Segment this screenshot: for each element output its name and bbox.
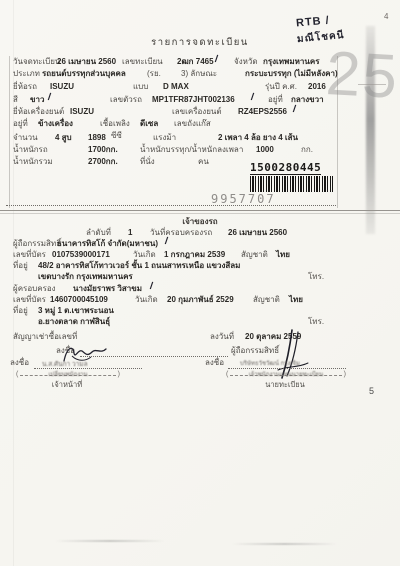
section-divider-2 bbox=[0, 213, 400, 214]
officer-caption: เจ้าหน้าที่ bbox=[22, 381, 112, 389]
load-label: น้ำหนักบรรทุก/น้ำหนักลงเพลา bbox=[140, 146, 243, 155]
officer-name-stamp: น.ส.ศันกา วามล bbox=[42, 361, 88, 368]
owner-id-value: 0107539000171 bbox=[52, 251, 110, 260]
bottom-page-number: 5 bbox=[369, 387, 374, 397]
engine-brand-value: ISUZU bbox=[70, 108, 94, 117]
bottom-smudge bbox=[55, 540, 165, 542]
registrar-name-stamp: บริษัทธวัชวัฒน์ กรุงเจิม bbox=[240, 361, 300, 368]
type-code: (รย. bbox=[147, 70, 161, 79]
registrar-note: เจ้าพนักงานแทนนายทะเบียน bbox=[226, 369, 346, 379]
officer-sign-label: ลงชื่อ bbox=[10, 359, 29, 368]
table-border-left bbox=[9, 56, 10, 208]
possessor-addr-line1: 3 หมู่ 1 ต.เขาพระนอน bbox=[38, 307, 114, 316]
cylinder-value: 4 สูบ bbox=[55, 134, 72, 143]
body-style-value: กระบะบรรทุก (ไม่มีหลังคา) bbox=[245, 70, 338, 79]
cc-unit: ซีซี bbox=[111, 132, 122, 141]
load-value: 1000 bbox=[256, 146, 274, 155]
reg-no-label: เลขทะเบียน bbox=[122, 58, 163, 67]
province-label: จังหวัด bbox=[234, 58, 258, 67]
owner-addr-label: ที่อยู่ bbox=[13, 262, 28, 271]
sequence-label: ลำดับที่ bbox=[86, 229, 111, 238]
owner-nat-value: ไทย bbox=[276, 251, 290, 260]
province-value: กรุงเทพมหานคร bbox=[263, 58, 319, 67]
year-label: รุ่นปี ค.ศ. bbox=[265, 83, 297, 92]
seat-unit: คน bbox=[198, 158, 209, 167]
brand-label: ยี่ห้อรถ bbox=[13, 83, 37, 92]
contract-date-label: ลงวันที่ bbox=[210, 333, 234, 342]
weight-value: 1700กก. bbox=[88, 146, 118, 155]
section-divider bbox=[0, 210, 400, 211]
fuel-value: ดีเซล bbox=[140, 120, 158, 129]
bottom-smudge bbox=[232, 543, 337, 545]
barcode bbox=[250, 176, 333, 192]
owner-section-header: เจ้าของรถ bbox=[0, 218, 400, 227]
page-title: รายการจดทะเบียน bbox=[0, 38, 400, 48]
possessor-tel-label: โทร. bbox=[308, 318, 324, 327]
check-slash: / bbox=[214, 54, 218, 65]
body-style-label: 3) ลักษณะ bbox=[181, 70, 217, 79]
model-value: D MAX bbox=[163, 83, 189, 92]
check-slash: / bbox=[250, 92, 254, 103]
possessor-dob-value: 20 กุมภาพันธ์ 2529 bbox=[167, 296, 234, 305]
owner-dob-value: 1 กรกฎาคม 2539 bbox=[164, 251, 225, 260]
registration-document: RTB / มณีโชคนี 4 25 รายการจดทะเบียน วันจ… bbox=[0, 0, 400, 566]
color-label: สี bbox=[13, 96, 18, 105]
check-slash: / bbox=[149, 281, 153, 292]
owner-label: ผู้ถือกรรมสิทธิ์ bbox=[13, 240, 61, 249]
seat-label: ที่นั่ง bbox=[140, 158, 155, 167]
dotted-rule bbox=[6, 204, 336, 206]
engine-brand-label: ยี่ห้อเครื่องยนต์ bbox=[13, 108, 64, 117]
officer-note-bracket: ( เปลี่ยนพนักงาน ) bbox=[16, 371, 120, 378]
total-weight-label: น้ำหนักรวม bbox=[13, 158, 53, 167]
reg-no-value: 2ฒก 7465 bbox=[177, 58, 214, 67]
chassis-pos-label: อยู่ที่ bbox=[268, 96, 283, 105]
possessor-label: ผู้ครอบครอง bbox=[13, 285, 56, 294]
possessor-addr-line2: อ.ยางตลาด กาฬสินธุ์ bbox=[38, 318, 110, 327]
check-slash: / bbox=[292, 104, 296, 115]
reg-date-value: 26 เมษายน 2560 bbox=[57, 58, 116, 67]
handwritten-rtb: RTB / bbox=[296, 15, 331, 30]
possessor-nat-value: ไทย bbox=[289, 296, 303, 305]
horsepower-label: แรงม้า bbox=[153, 134, 176, 143]
brand-value: ISUZU bbox=[50, 83, 74, 92]
check-slash: / bbox=[164, 236, 168, 247]
engine-pos-label: อยู่ที่ bbox=[13, 120, 28, 129]
engine-no-value: RZ4EPS2556 bbox=[238, 108, 287, 117]
possess-date-value: 26 เมษายน 2560 bbox=[228, 229, 287, 238]
cc-value: 1898 bbox=[88, 134, 106, 143]
owner-addr-line2: เขตบางรัก กรุงเทพมหานคร bbox=[38, 273, 133, 282]
reg-date-label: วันจดทะเบียน bbox=[13, 58, 60, 67]
color-value: ขาว bbox=[30, 96, 44, 105]
check-slash: / bbox=[47, 92, 51, 103]
load-unit: กก. bbox=[301, 146, 313, 155]
owner-addr-line1: 48/2 อาคารทิสโก้ทาวเวอร์ ชั้น 1 ถนนสาทรเ… bbox=[38, 262, 240, 271]
total-weight-value: 2700กก. bbox=[88, 158, 118, 167]
table-border-right bbox=[337, 56, 338, 208]
possessor-id-value: 1460700045109 bbox=[50, 296, 108, 305]
barcode-number: 1500280445 bbox=[250, 161, 321, 175]
possess-date-label: วันที่ครอบครองรถ bbox=[150, 229, 212, 238]
type-label: ประเภท bbox=[13, 70, 40, 79]
year-value: 2016 bbox=[308, 83, 326, 92]
fuel-label: เชื้อเพลิง bbox=[100, 120, 130, 129]
engine-pos-value: ข้างเครื่อง bbox=[38, 120, 73, 129]
axle-info: 2 เพลา 4 ล้อ ยาง 4 เส้น bbox=[218, 134, 298, 143]
corner-page-number: 4 bbox=[384, 13, 388, 22]
owner-nat-label: สัญชาติ bbox=[241, 251, 268, 260]
engine-no-label: เลขเครื่องยนต์ bbox=[172, 108, 222, 117]
owner-value: ธนาคารทิสโก้ จำกัด(มหาชน) bbox=[57, 240, 158, 249]
contract-label: สัญญาเช่าซื้อเลขที่ bbox=[13, 333, 77, 342]
registrar-caption: นายทะเบียน bbox=[240, 381, 330, 389]
possessor-nat-label: สัญชาติ bbox=[253, 296, 280, 305]
gas-tank-label: เลขถังแก๊ส bbox=[174, 120, 211, 129]
possessor-dob-label: วันเกิด bbox=[135, 296, 158, 305]
weight-label: น้ำหนักรถ bbox=[13, 146, 48, 155]
type-value: รถยนต์บรรทุกส่วนบุคคล bbox=[42, 70, 126, 79]
chassis-value: MP1TFR87JHT002136 bbox=[152, 96, 235, 105]
owner-id-label: เลขที่บัตร bbox=[13, 251, 46, 260]
model-label: แบบ bbox=[133, 83, 148, 92]
owner-dob-label: วันเกิด bbox=[133, 251, 156, 260]
chassis-label: เลขตัวรถ bbox=[110, 96, 142, 105]
registrar-sign-label: ลงชื่อ bbox=[205, 359, 224, 368]
possessor-value: นางมัยราพร วิสาขม bbox=[73, 285, 142, 294]
registrar-note-bracket: ( เจ้าพนักงานแทนนายทะเบียน ) bbox=[226, 371, 346, 378]
owner-tel-label: โทร. bbox=[308, 273, 324, 282]
officer-note: เปลี่ยนพนักงาน bbox=[16, 369, 120, 379]
possessor-id-label: เลขที่บัตร bbox=[13, 296, 46, 305]
sequence-value: 1 bbox=[128, 229, 132, 238]
cylinder-label: จำนวน bbox=[13, 134, 38, 143]
possessor-addr-label: ที่อยู่ bbox=[13, 307, 28, 316]
